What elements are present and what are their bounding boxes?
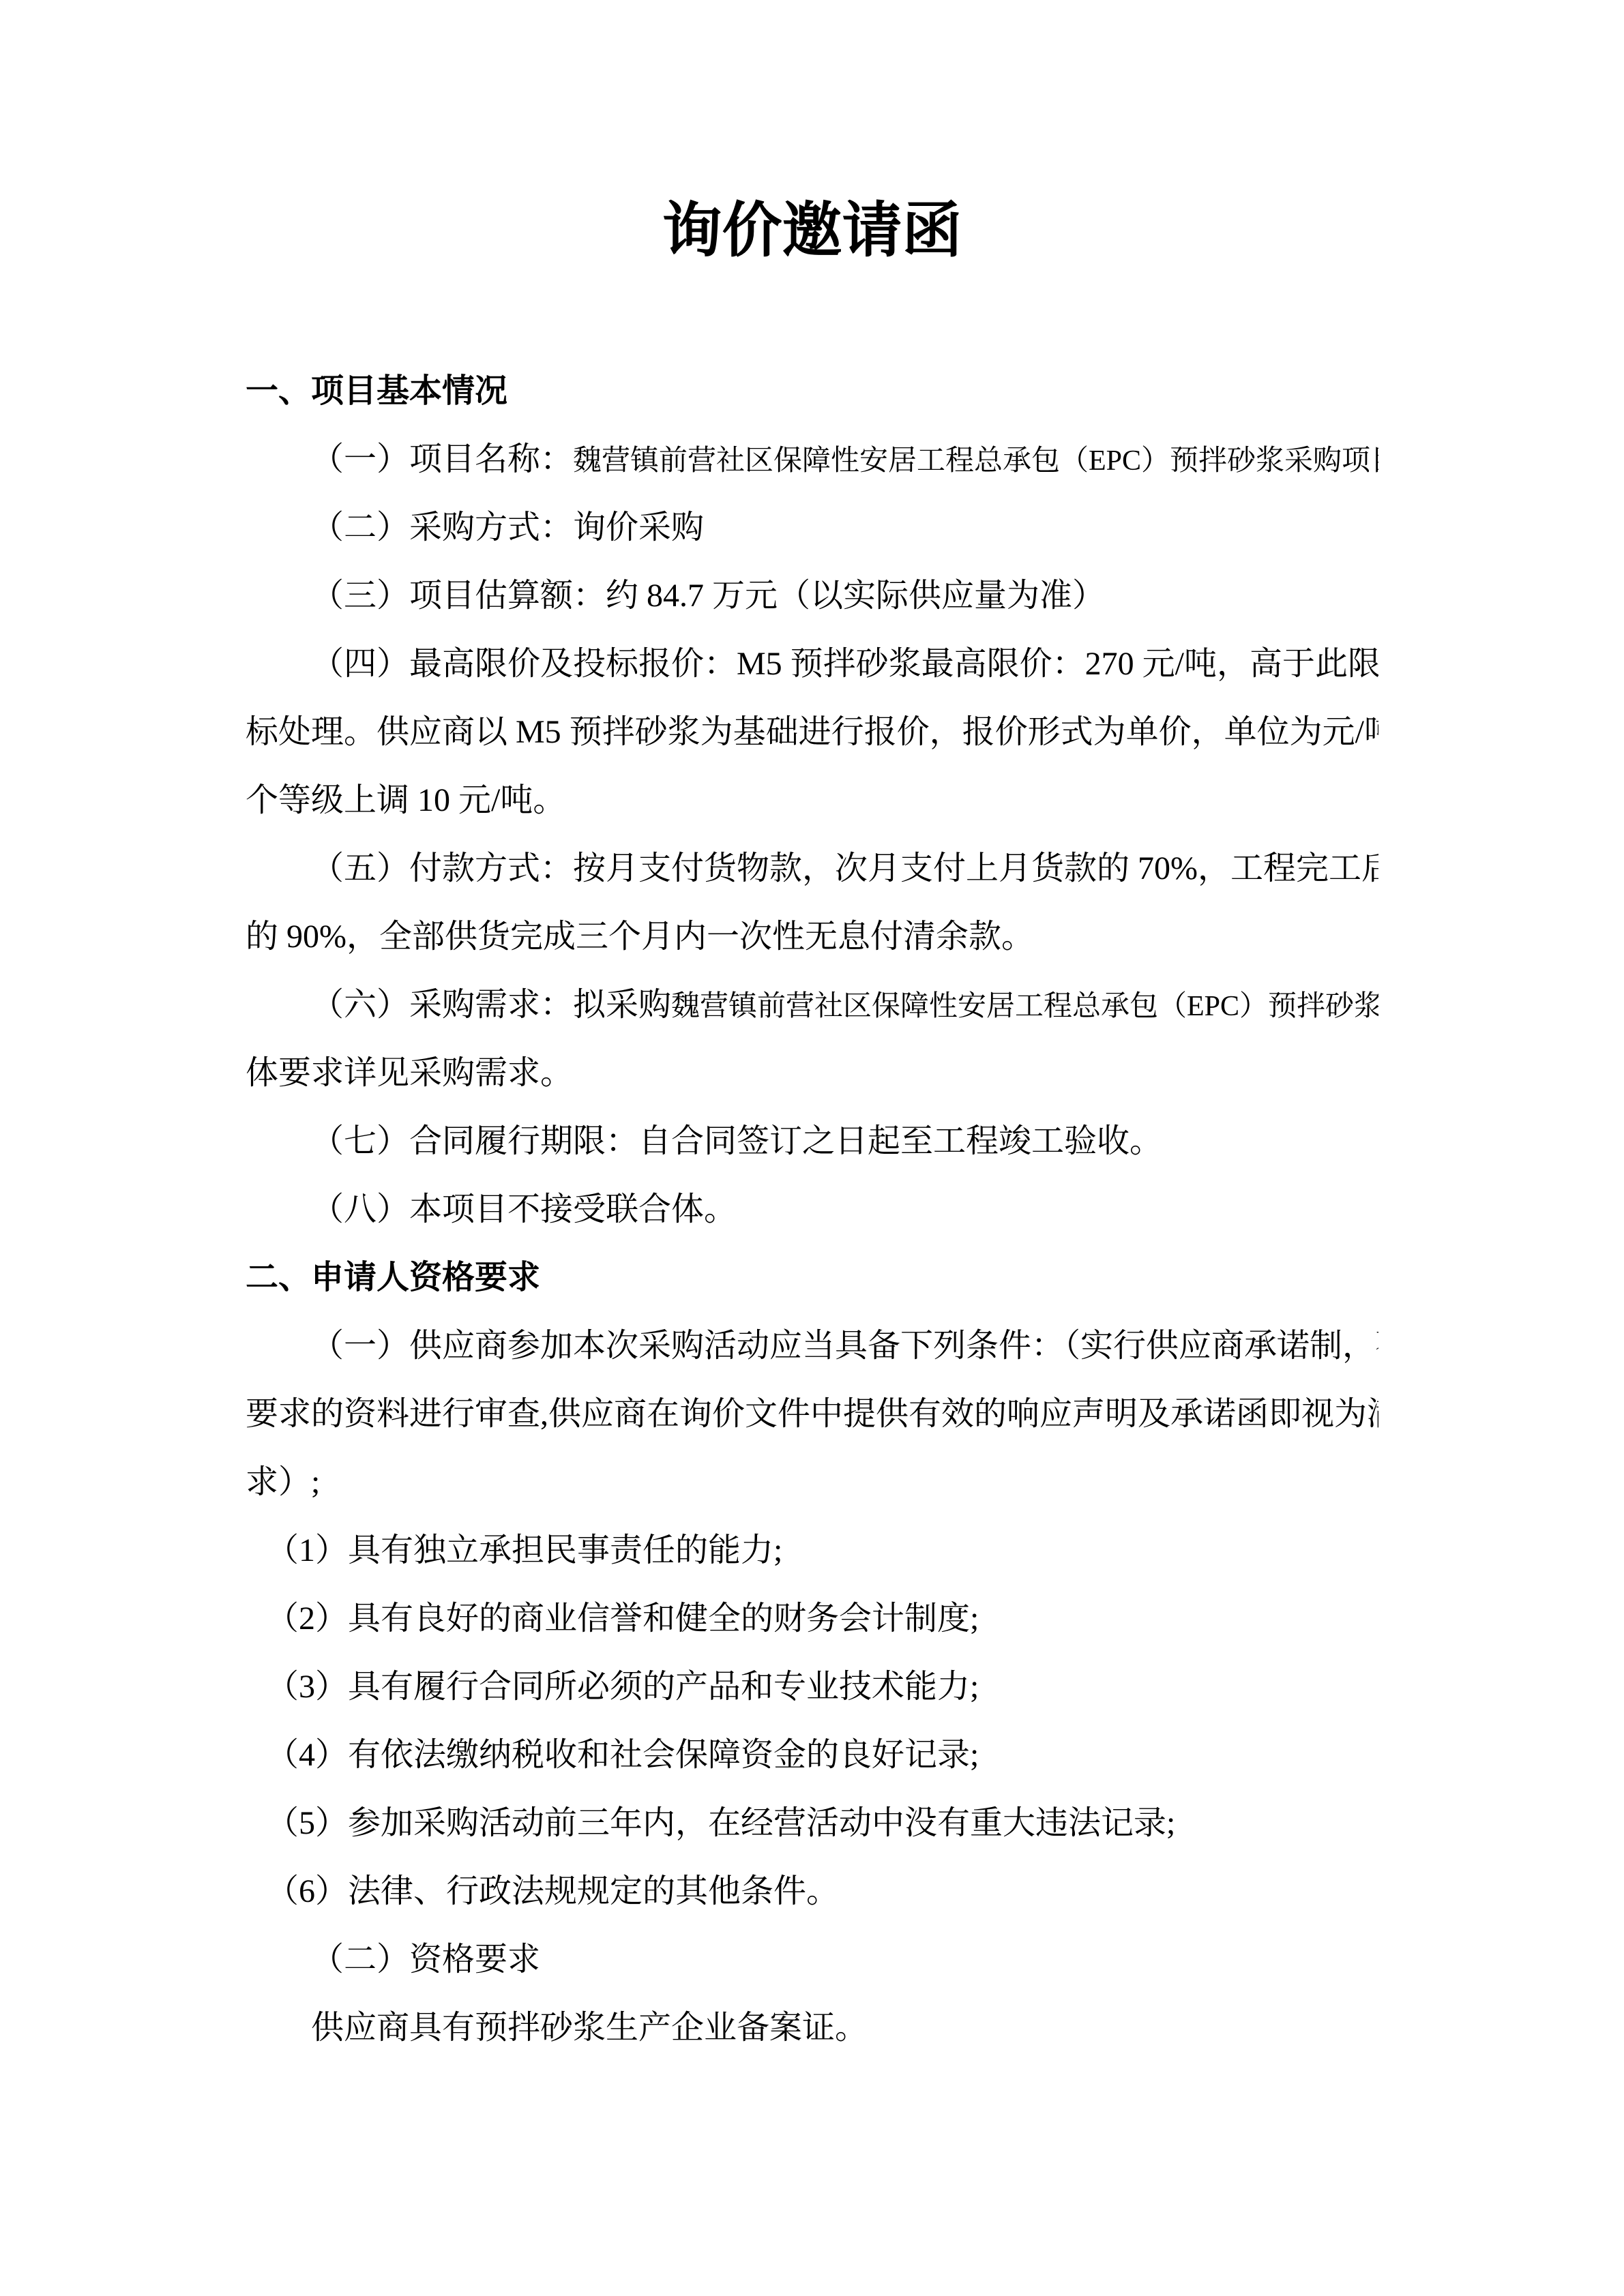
document-line: 标处理。供应商以 M5 预拌砂浆为基础进行报价，报价形式为单价，单位为元/吨。每… — [246, 698, 1378, 766]
document-line: （2）具有良好的商业信誉和健全的财务会计制度; — [246, 1585, 1378, 1653]
document-line: 求）; — [246, 1448, 1378, 1517]
project-name-text: 魏营镇前营社区保障性安居工程总承包（EPC）预拌砂浆采购项目（二次） — [573, 445, 1378, 477]
document-line: （八）本项目不接受联合体。 — [246, 1176, 1378, 1244]
document-line: （一）供应商参加本次采购活动应当具备下列条件：（实行供应商承诺制，不再对以下 — [246, 1312, 1378, 1380]
document-line: （四）最高限价及投标报价：M5 预拌砂浆最高限价：270 元/吨，高于此限价的按… — [246, 630, 1378, 698]
document-line: （一）项目名称：魏营镇前营社区保障性安居工程总承包（EPC）预拌砂浆采购项目（二… — [246, 426, 1378, 494]
project-name-text: 魏营镇前营社区保障性安居工程总承包（EPC）预拌砂浆 — [671, 991, 1378, 1022]
document-line: （1）具有独立承担民事责任的能力; — [246, 1517, 1378, 1585]
document-line: 要求的资料进行审查,供应商在询价文件中提供有效的响应声明及承诺函即视为满足以下要 — [246, 1380, 1378, 1448]
document-line: （六）采购需求：拟采购魏营镇前营社区保障性安居工程总承包（EPC）预拌砂浆，具 — [246, 971, 1378, 1039]
document-line: （4）有依法缴纳税收和社会保障资金的良好记录; — [246, 1721, 1378, 1789]
document-line: （三）项目估算额：约 84.7 万元（以实际供应量为准） — [246, 562, 1378, 630]
line-text: （一）项目名称： — [311, 441, 573, 477]
document-line: （二）采购方式：询价采购 — [246, 494, 1378, 562]
document-page: 询价邀请函 一、项目基本情况（一）项目名称：魏营镇前营社区保障性安居工程总承包（… — [0, 0, 1624, 2296]
document-line: （6）法律、行政法规规定的其他条件。 — [246, 1858, 1378, 1926]
document-body: 一、项目基本情况（一）项目名称：魏营镇前营社区保障性安居工程总承包（EPC）预拌… — [246, 357, 1378, 2062]
document-line: 个等级上调 10 元/吨。 — [246, 766, 1378, 835]
document-line: （七）合同履行期限：自合同签订之日起至工程竣工验收。 — [246, 1107, 1378, 1176]
line-text: （六）采购需求：拟采购 — [311, 987, 671, 1023]
section-heading: 一、项目基本情况 — [246, 357, 1378, 426]
document-line: （5）参加采购活动前三年内，在经营活动中没有重大违法记录; — [246, 1789, 1378, 1858]
section-heading: 二、申请人资格要求 — [246, 1244, 1378, 1312]
document-line: 供应商具有预拌砂浆生产企业备案证。 — [246, 1994, 1378, 2062]
document-title: 询价邀请函 — [246, 191, 1378, 273]
document-line: （3）具有履行合同所必须的产品和专业技术能力; — [246, 1653, 1378, 1721]
document-line: 的 90%，全部供货完成三个月内一次性无息付清余款。 — [246, 903, 1378, 971]
document-line: （二）资格要求 — [246, 1926, 1378, 1994]
document-line: 体要求详见采购需求。 — [246, 1039, 1378, 1107]
document-line: （五）付款方式：按月支付货物款，次月支付上月货款的 70%，工程完工后付至总货款 — [246, 835, 1378, 903]
